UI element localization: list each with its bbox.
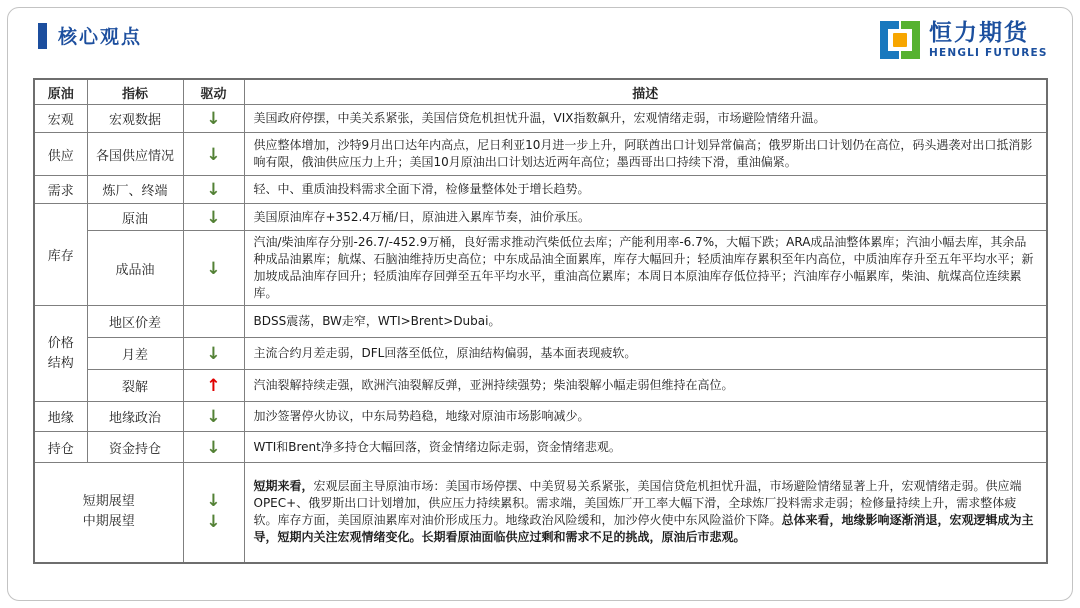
category-inventory: 库存 bbox=[34, 204, 87, 306]
table-row: 供应 各国供应情况 ↓ 供应整体增加，沙特9月出口达年内高点，尼日利亚10月进一… bbox=[34, 133, 1047, 176]
category-price-structure: 价格 结构 bbox=[34, 306, 87, 402]
description-text: 汽油/柴油库存分别-26.7/-452.9万桶，良好需求推动汽柴低位去库；产能利… bbox=[244, 231, 1047, 306]
down-arrow-icon: ↓ bbox=[206, 259, 220, 279]
indicator-label: 资金持仓 bbox=[87, 432, 183, 463]
outlook-lead-bold: 短期来看， bbox=[254, 479, 314, 493]
description-text: 供应整体增加，沙特9月出口达年内高点，尼日利亚10月进一步上升，阿联酋出口计划异… bbox=[244, 133, 1047, 176]
indicator-label: 裂解 bbox=[87, 370, 183, 402]
category-geopolitics: 地缘 bbox=[34, 402, 87, 432]
description-text: 美国政府停摆，中美关系紧张，美国信贷危机担忧升温，VIX指数飙升，宏观情绪走弱，… bbox=[244, 105, 1047, 133]
category-macro: 宏观 bbox=[34, 105, 87, 133]
down-arrow-icon: ↓ bbox=[206, 407, 220, 427]
col-header-indicator: 指标 bbox=[87, 79, 183, 105]
table-header-row: 原油 指标 驱动 描述 bbox=[34, 79, 1047, 105]
category-positions: 持仓 bbox=[34, 432, 87, 463]
company-logo: 恒力期货 HENGLI FUTURES bbox=[878, 19, 1048, 61]
logo-name-en: HENGLI FUTURES bbox=[929, 48, 1048, 59]
down-arrow-icon: ↓ bbox=[206, 180, 220, 200]
table-row: 月差 ↓ 主流合约月差走弱，DFL回落至低位，原油结构偏弱，基本面表现疲软。 bbox=[34, 338, 1047, 370]
category-demand: 需求 bbox=[34, 176, 87, 204]
down-arrow-icon: ↓ bbox=[206, 208, 220, 228]
description-text: 加沙签署停火协议，中东局势趋稳，地缘对原油市场影响减少。 bbox=[244, 402, 1047, 432]
description-text: 美国原油库存+352.4万桶/日，原油进入累库节奏，油价承压。 bbox=[244, 204, 1047, 231]
indicator-label: 地区价差 bbox=[87, 306, 183, 338]
hengli-logo-icon bbox=[878, 19, 922, 61]
outlook-arrows: ↓ ↓ bbox=[185, 493, 243, 531]
indicator-label: 成品油 bbox=[87, 231, 183, 306]
title-accent-bar bbox=[38, 23, 47, 49]
description-text: BDSS震荡，BW走窄，WTI>Brent>Dubai。 bbox=[244, 306, 1047, 338]
indicator-label: 各国供应情况 bbox=[87, 133, 183, 176]
table-row: 价格 结构 地区价差 BDSS震荡，BW走窄，WTI>Brent>Dubai。 bbox=[34, 306, 1047, 338]
category-supply: 供应 bbox=[34, 133, 87, 176]
description-text: 轻、中、重质油投料需求全面下滑，检修量整体处于增长趋势。 bbox=[244, 176, 1047, 204]
outlook-label: 短期展望 中期展望 bbox=[34, 463, 183, 563]
down-arrow-icon: ↓ bbox=[206, 493, 220, 510]
indicator-label: 原油 bbox=[87, 204, 183, 231]
down-arrow-icon: ↓ bbox=[206, 438, 220, 458]
indicator-label: 宏观数据 bbox=[87, 105, 183, 133]
page-title: 核心观点 bbox=[58, 22, 142, 49]
table-row: 宏观 宏观数据 ↓ 美国政府停摆，中美关系紧张，美国信贷危机担忧升温，VIX指数… bbox=[34, 105, 1047, 133]
table-row: 库存 原油 ↓ 美国原油库存+352.4万桶/日，原油进入累库节奏，油价承压。 bbox=[34, 204, 1047, 231]
description-text: WTI和Brent净多持仓大幅回落，资金情绪边际走弱，资金情绪悲观。 bbox=[244, 432, 1047, 463]
logo-text: 恒力期货 HENGLI FUTURES bbox=[929, 22, 1048, 59]
description-text: 主流合约月差走弱，DFL回落至低位，原油结构偏弱，基本面表现疲软。 bbox=[244, 338, 1047, 370]
col-header-crude: 原油 bbox=[34, 79, 87, 105]
col-header-description: 描述 bbox=[244, 79, 1047, 105]
indicator-label: 地缘政治 bbox=[87, 402, 183, 432]
outlook-row: 短期展望 中期展望 ↓ ↓ 短期来看，宏观层面主导原油市场：美国市场停摆、中美贸… bbox=[34, 463, 1047, 563]
up-arrow-icon: ↑ bbox=[206, 376, 220, 396]
down-arrow-icon: ↓ bbox=[206, 145, 220, 165]
down-arrow-icon: ↓ bbox=[206, 109, 220, 129]
table-row: 成品油 ↓ 汽油/柴油库存分别-26.7/-452.9万桶，良好需求推动汽柴低位… bbox=[34, 231, 1047, 306]
down-arrow-icon: ↓ bbox=[206, 344, 220, 364]
table-row: 裂解 ↑ 汽油裂解持续走强，欧洲汽油裂解反弹，亚洲持续强势；柴油裂解小幅走弱但维… bbox=[34, 370, 1047, 402]
logo-name-cn: 恒力期货 bbox=[929, 22, 1048, 45]
outlook-description: 短期来看，宏观层面主导原油市场：美国市场停摆、中美贸易关系紧张，美国信贷危机担忧… bbox=[244, 463, 1047, 563]
table-row: 地缘 地缘政治 ↓ 加沙签署停火协议，中东局势趋稳，地缘对原油市场影响减少。 bbox=[34, 402, 1047, 432]
table-row: 持仓 资金持仓 ↓ WTI和Brent净多持仓大幅回落，资金情绪边际走弱，资金情… bbox=[34, 432, 1047, 463]
indicator-label: 月差 bbox=[87, 338, 183, 370]
down-arrow-icon: ↓ bbox=[206, 514, 220, 531]
table-row: 需求 炼厂、终端 ↓ 轻、中、重质油投料需求全面下滑，检修量整体处于增长趋势。 bbox=[34, 176, 1047, 204]
col-header-driver: 驱动 bbox=[183, 79, 244, 105]
core-viewpoints-table: 原油 指标 驱动 描述 宏观 宏观数据 ↓ 美国政府停摆，中美关系紧张，美国信贷… bbox=[33, 78, 1048, 564]
description-text: 汽油裂解持续走强，欧洲汽油裂解反弹，亚洲持续强势；柴油裂解小幅走弱但维持在高位。 bbox=[244, 370, 1047, 402]
indicator-label: 炼厂、终端 bbox=[87, 176, 183, 204]
